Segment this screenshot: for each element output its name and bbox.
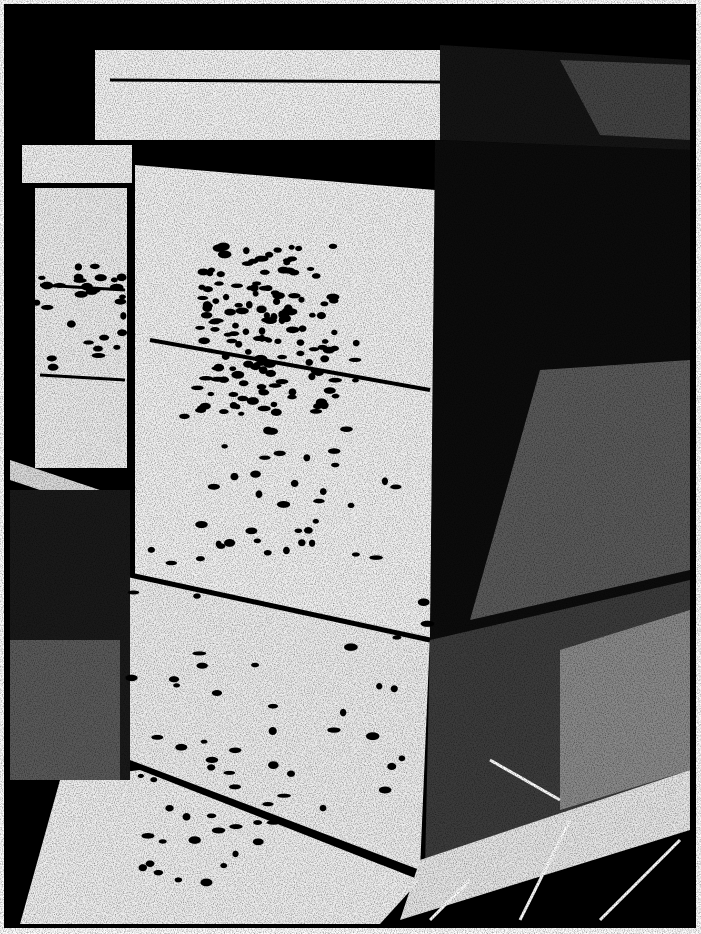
halftone-grain [8,8,692,924]
beehive-photo [0,0,701,934]
